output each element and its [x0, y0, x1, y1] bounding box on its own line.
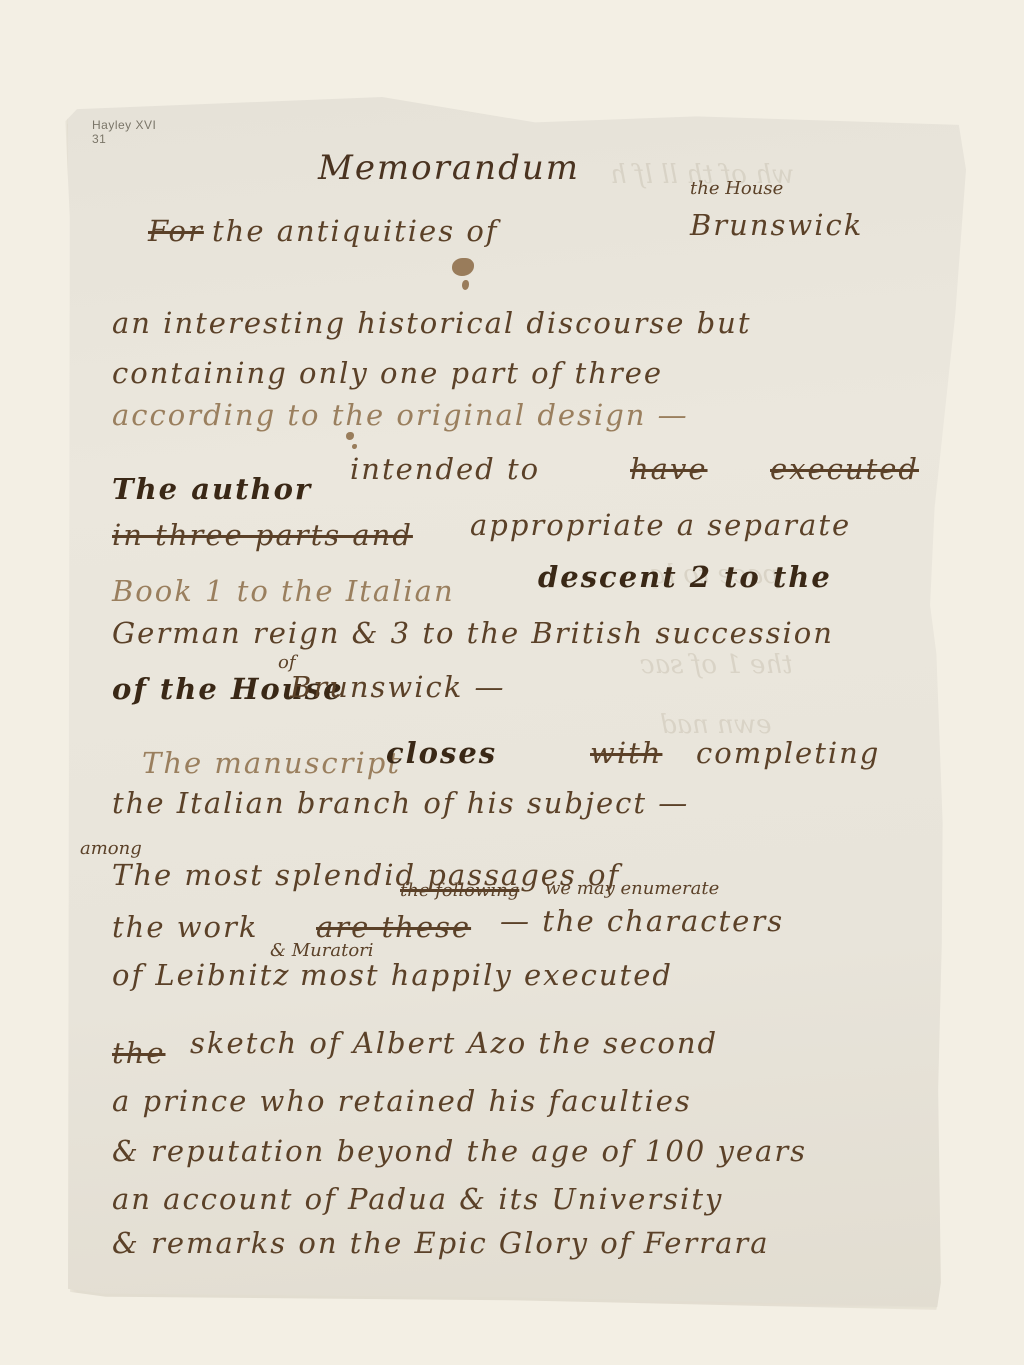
manuscript-line: & remarks on the Epic Glory of Ferrara: [112, 1226, 770, 1260]
struck-word: with: [590, 736, 662, 770]
manuscript-line: sketch of Albert Azo the second: [190, 1026, 718, 1060]
struck-word: For: [148, 214, 204, 248]
manuscript-line: The manuscript: [142, 746, 401, 780]
archive-mark-folio: 31: [92, 132, 156, 146]
struck-insertion: the following: [400, 880, 519, 901]
struck-word: executed: [770, 452, 919, 486]
manuscript-line: — the characters: [500, 904, 784, 938]
struck-word: the: [112, 1036, 166, 1070]
manuscript-line: German reign & 3 to the British successi…: [112, 616, 834, 650]
bleed-through-text: the 1 of sac: [640, 650, 793, 680]
manuscript-line: closes: [386, 736, 497, 770]
manuscript-line: of Leibnitz: [112, 958, 291, 992]
manuscript-line: Book 1 to the Italian: [112, 574, 455, 608]
manuscript-line: most happily executed: [300, 958, 673, 992]
struck-phrase: are these: [316, 910, 471, 944]
struck-word: have: [630, 452, 708, 486]
manuscript-line: appropriate a separate: [470, 508, 851, 542]
manuscript-line: an interesting historical discourse but: [112, 306, 751, 340]
interlinear-insertion: the House: [690, 178, 783, 199]
subtitle-text: the antiquities of: [212, 214, 499, 248]
subtitle-text: Brunswick: [690, 208, 863, 242]
manuscript-line: a prince who retained his faculties: [112, 1084, 692, 1118]
interlinear-insertion: we may enumerate: [545, 878, 719, 899]
manuscript-line: the work: [112, 910, 258, 944]
manuscript-line: The most splendid passages of: [112, 858, 620, 892]
manuscript-line: Brunswick —: [290, 670, 506, 704]
manuscript-line: & reputation beyond the age of 100 years: [112, 1134, 807, 1168]
manuscript-line: completing: [696, 736, 880, 770]
manuscript-line: The author: [112, 472, 312, 506]
archive-mark: Hayley XVI 31: [92, 118, 156, 146]
interlinear-insertion: among: [80, 838, 142, 859]
archive-mark-collection: Hayley XVI: [92, 118, 156, 132]
manuscript-line: containing only one part of three: [112, 356, 663, 390]
manuscript-line: descent 2 to the: [538, 560, 832, 594]
manuscript-line: intended to: [350, 452, 540, 486]
manuscript-line: the Italian branch of his subject —: [112, 786, 689, 820]
manuscript-line: an account of Padua & its University: [112, 1182, 723, 1216]
manuscript-line: according to the original design —: [112, 398, 689, 432]
struck-phrase: in three parts and: [112, 518, 413, 552]
page-title: Memorandum: [318, 148, 580, 188]
